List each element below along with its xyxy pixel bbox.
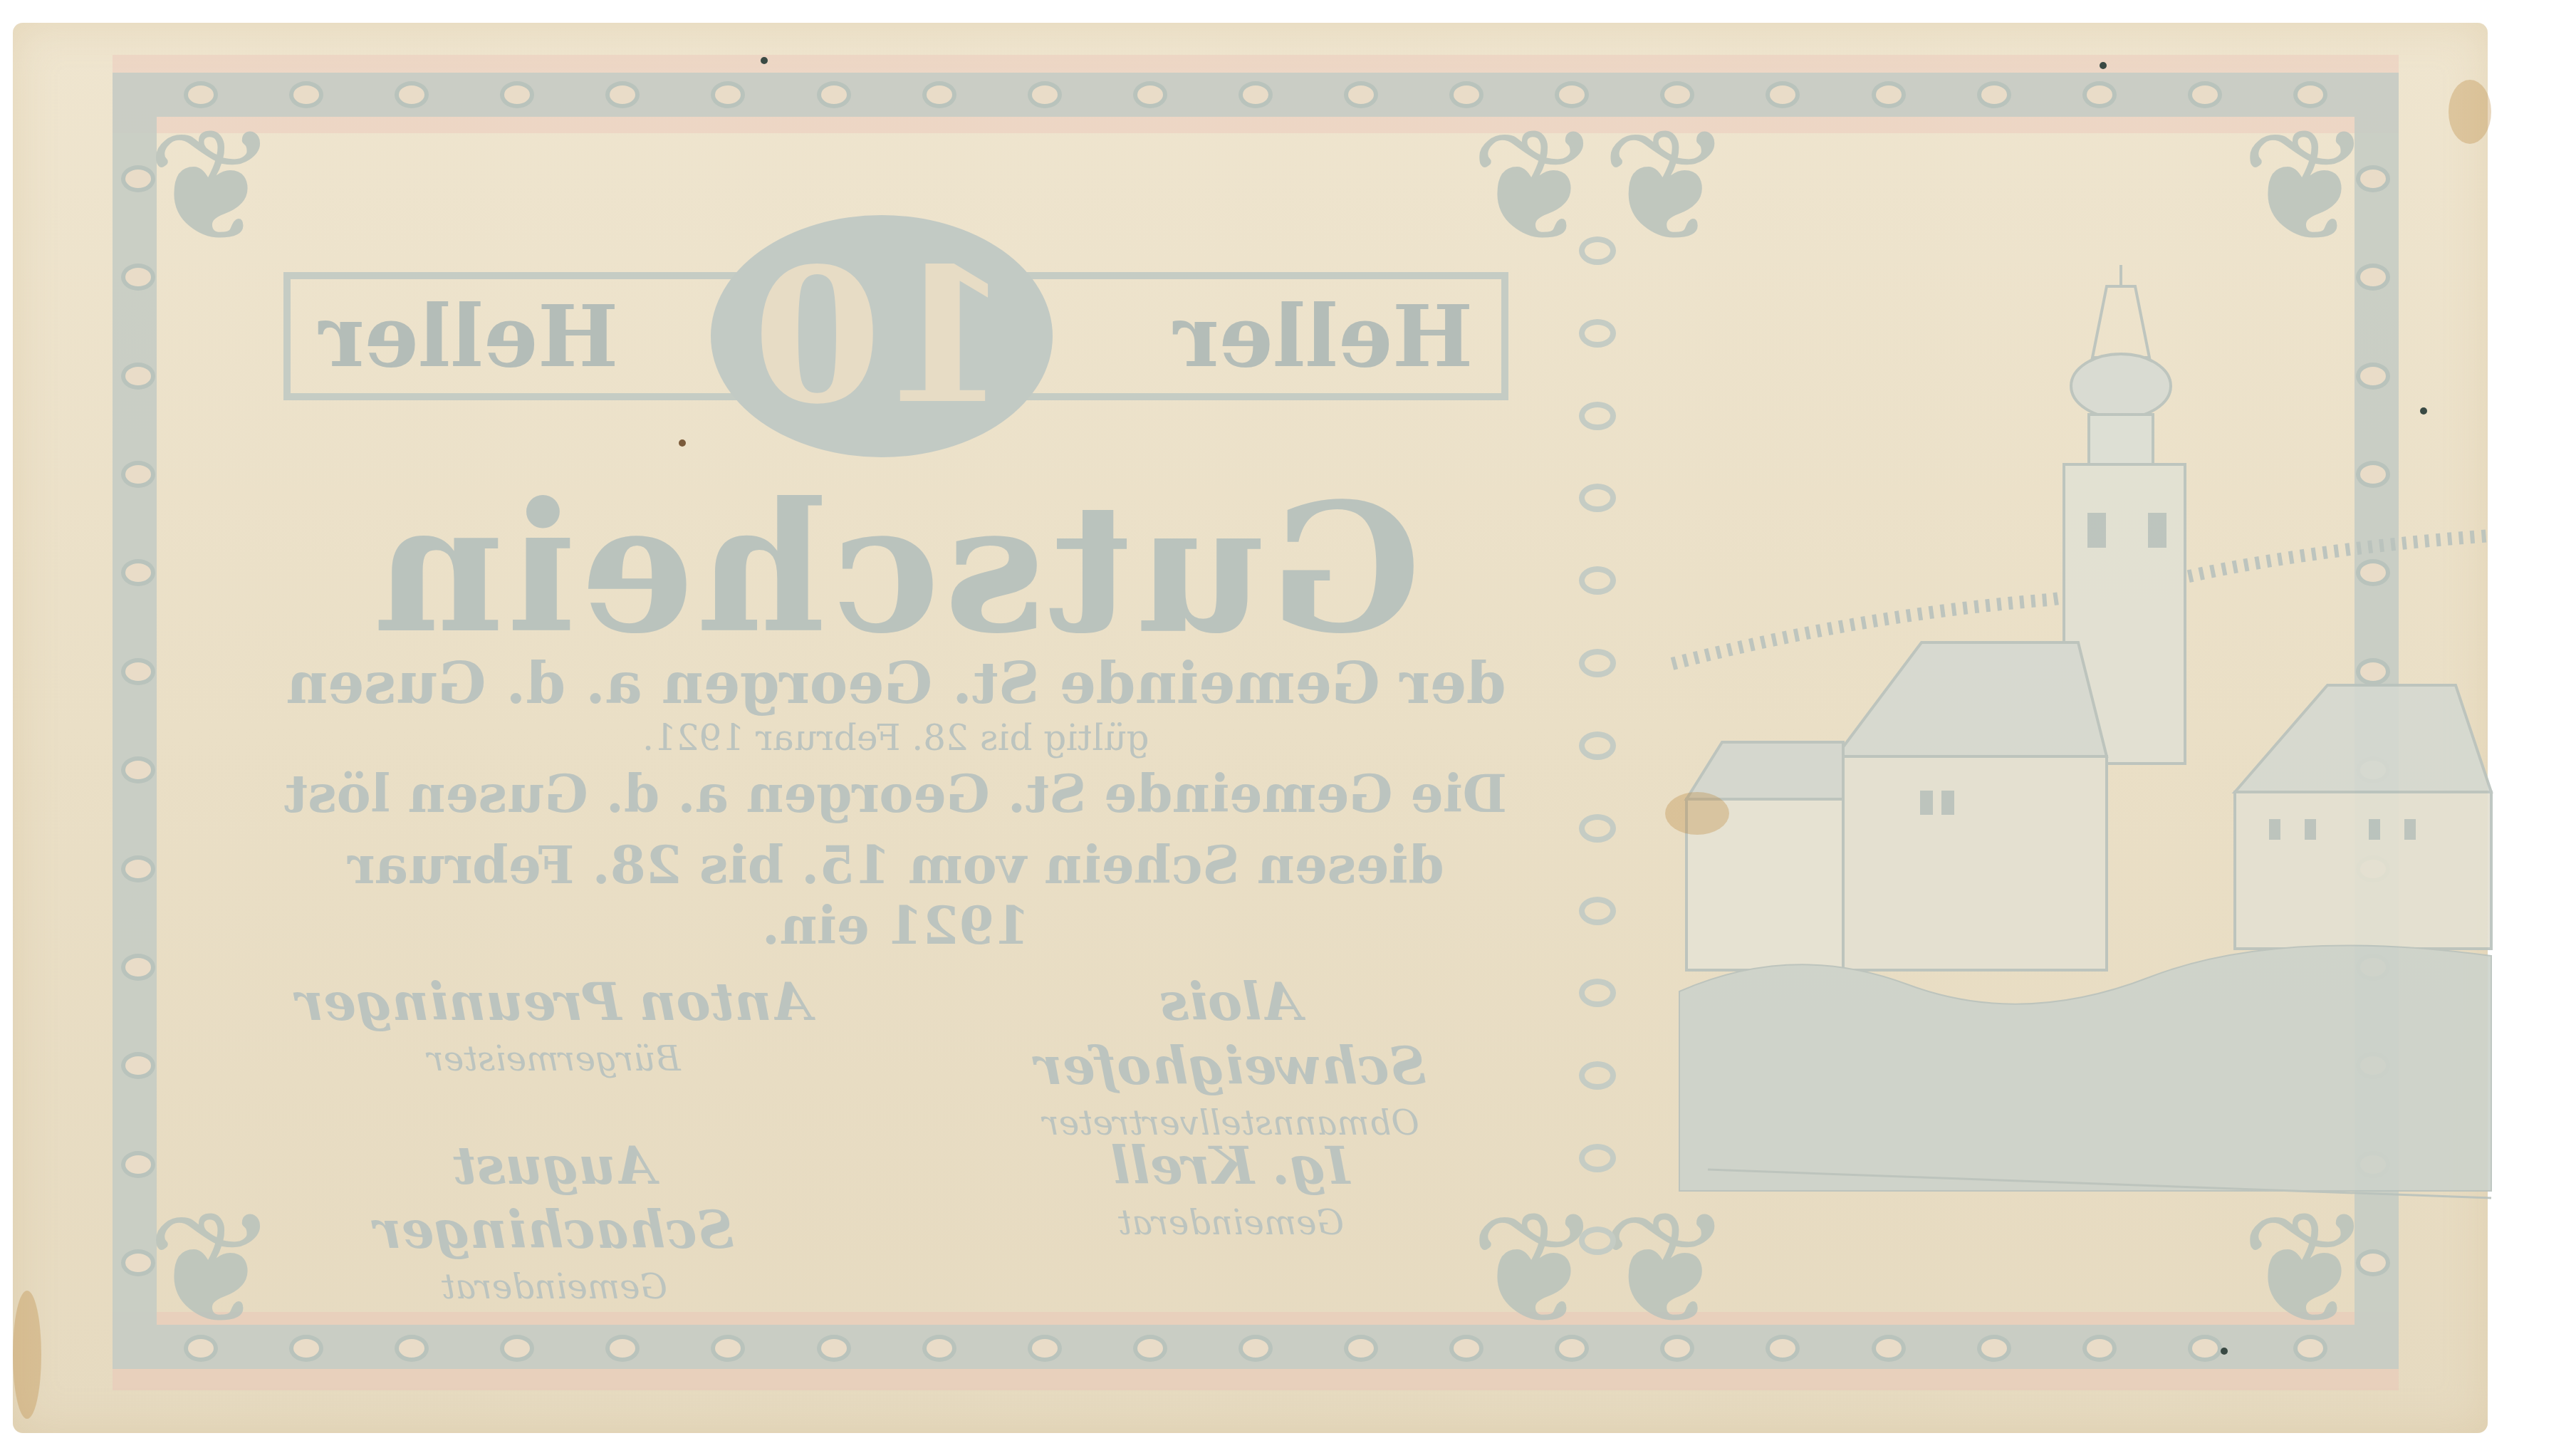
church-illustration [1651, 244, 2498, 1269]
speck [2221, 1348, 2228, 1355]
border-scrolls-left [121, 165, 155, 1276]
speck [2100, 62, 2107, 69]
panel-divider [1573, 236, 1622, 1255]
signature-name: Ig. Krell [1111, 1134, 1350, 1198]
signature-2: Anton Preuninger Bürgermeister [283, 970, 825, 1084]
border-scrolls-top [184, 81, 2327, 108]
denomination-unit-right: Heller [1174, 286, 1473, 387]
redemption-text-2: diesen Schein vom 15. bis 28. Februar 19… [283, 835, 1508, 956]
denomination-unit-left: Heller [319, 286, 618, 387]
headline-text: Gutschein [370, 479, 1421, 657]
signature-name: Anton Preuninger [296, 970, 811, 1034]
signature-1: Alois Schweighofer Obmannstellvertreter [960, 970, 1501, 1148]
issuer-text: der Gemeinde St. Georgen a. d. Gusen [286, 650, 1506, 717]
signature-role: Bürgermeister [427, 1034, 681, 1084]
stain [1665, 792, 1729, 835]
banknote: ❦ ❦ ❦ ❦ ❦❦ ❦❦ Heller Heller 10 Gutschein… [13, 23, 2488, 1433]
speck [2420, 407, 2427, 415]
signature-4: August Schachinger Gemeinderat [283, 1134, 825, 1312]
corner-ornament-bottom-left: ❦ [120, 1162, 305, 1376]
validity-line: gültig bis 28. Februar 1921. [283, 717, 1508, 759]
redemption-line-1: Die Gemeinde St. Georgen a. d. Gusen lös… [283, 764, 1508, 824]
redemption-line-2: diesen Schein vom 15. bis 28. Februar 19… [283, 835, 1508, 956]
redemption-text-1: Die Gemeinde St. Georgen a. d. Gusen lös… [284, 764, 1507, 824]
stain [13, 1291, 41, 1419]
signature-role: Gemeinderat [442, 1262, 667, 1312]
speck [679, 439, 686, 447]
denomination-oval: 10 [711, 215, 1053, 457]
signature-name: August Schachinger [283, 1134, 825, 1262]
denomination-value: 10 [753, 228, 1011, 445]
signature-3: Ig. Krell Gemeinderat [960, 1134, 1501, 1248]
speck [761, 57, 768, 64]
corner-ornament-top-left: ❦ [120, 80, 305, 293]
headline: Gutschein [283, 479, 1508, 657]
signature-name: Alois Schweighofer [960, 970, 1501, 1098]
stain [2449, 80, 2491, 144]
issuer-line: der Gemeinde St. Georgen a. d. Gusen [283, 650, 1508, 717]
border-scrolls-bottom [184, 1335, 2327, 1362]
signature-role: Gemeinderat [1118, 1198, 1344, 1248]
validity-text: gültig bis 28. Februar 1921. [642, 717, 1149, 759]
